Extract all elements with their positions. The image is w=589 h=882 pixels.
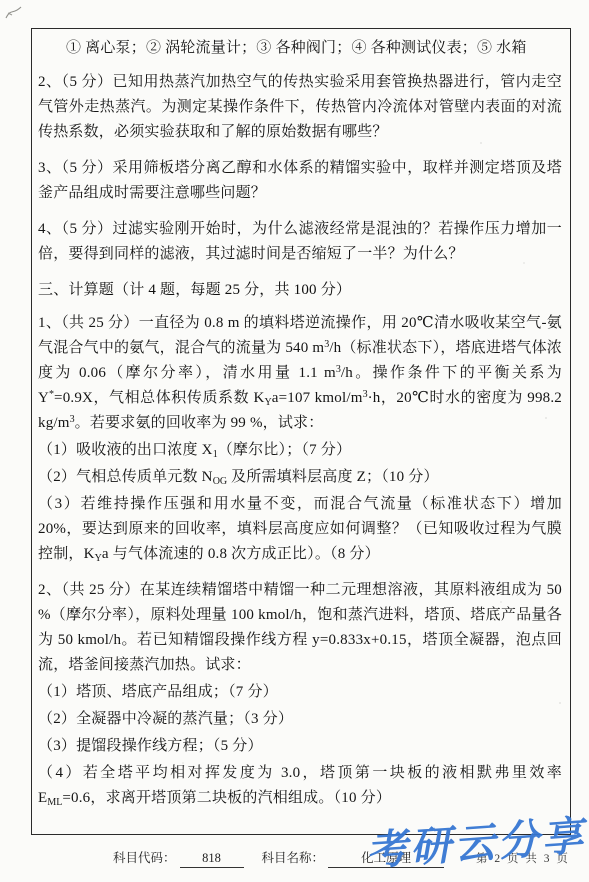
calc-problem-2-item-3: （3）提馏段操作线方程；（5 分） [38, 734, 562, 759]
calc-problem-2-intro: 2、（共 25 分）在某连续精馏塔中精馏一种二元理想溶液，其原料液组成为 50 … [38, 578, 562, 678]
apparatus-list-line: ① 离心泵；② 涡轮流量计；③ 各种阀门；④ 各种测试仪表；⑤ 水箱 [38, 36, 562, 61]
calc-problem-1-item-2: （2）气相总传质单元数 NOG 及所需填料层高度 Z；（10 分） [38, 465, 562, 490]
calc-problem-2-item-2: （2）全凝器中冷凝的蒸汽量；（3 分） [38, 707, 562, 732]
scan-speckles [0, 0, 2, 2]
short-question-3: 3、（5 分）采用筛板塔分离乙醇和水体系的精馏实验中，取样并测定塔顶及塔釜产品组… [38, 156, 562, 206]
calc-problem-1-item-3: （3）若维持操作压强和用水量不变，而混合气流量（标准状态下）增加 20%，要达到… [38, 492, 562, 567]
subject-name-label: 科目名称： [262, 851, 325, 865]
short-question-2: 2、（5 分）已知用热蒸汽加热空气的传热实验采用套管换热器进行，管内走空气管外走… [38, 70, 562, 145]
page-footer: 科目代码：818科目名称：化工原理第 2 页 共 3 页 [0, 848, 589, 868]
scanned-exam-page: ① 离心泵；② 涡轮流量计；③ 各种阀门；④ 各种测试仪表；⑤ 水箱 2、（5 … [0, 0, 589, 882]
calc-problem-1-item-1: （1）吸收液的出口浓度 X1（摩尔比）；（7 分） [38, 438, 562, 463]
subject-name-value: 化工原理 [328, 848, 444, 868]
calc-problem-2-item-1: （1）塔顶、塔底产品组成；（7 分） [38, 680, 562, 705]
pencil-mark [3, 3, 25, 25]
short-question-4: 4、（5 分）过滤实验刚开始时，为什么滤液经常是混浊的？若操作压力增加一倍，要得… [38, 217, 562, 267]
section-3-heading: 三、计算题（计 4 题，每题 25 分，共 100 分） [38, 278, 562, 303]
calc-problem-1-intro: 1、（共 25 分）一直径为 0.8 m 的填料塔逆流操作，用 20℃清水吸收某… [38, 311, 562, 436]
exam-body: ① 离心泵；② 涡轮流量计；③ 各种阀门；④ 各种测试仪表；⑤ 水箱 2、（5 … [38, 36, 562, 813]
subject-code-value: 818 [180, 851, 244, 868]
subject-code-label: 科目代码： [113, 851, 176, 865]
calc-problem-2-item-4: （4）若全塔平均相对挥发度为 3.0，塔顶第一块板的液相默弗里效率 EML=0.… [38, 761, 562, 811]
page-number-info: 第 2 页 共 3 页 [476, 853, 570, 865]
